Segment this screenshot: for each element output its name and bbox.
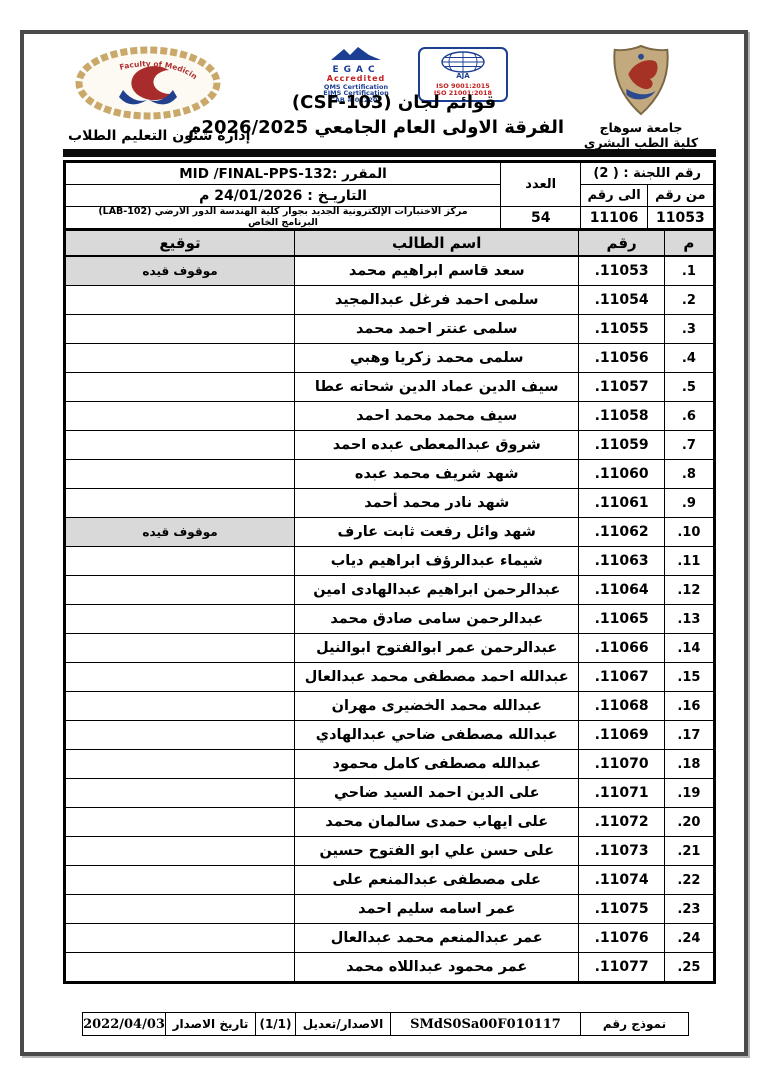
row-signature xyxy=(65,895,295,924)
table-row: 8.11060.شهد شريف محمد عبده xyxy=(65,460,715,489)
table-row: 23.11075.عمر اسامه سليم احمد xyxy=(65,895,715,924)
column-header-number: رقم xyxy=(579,230,664,257)
row-number: 11069. xyxy=(579,721,664,750)
row-signature xyxy=(65,924,295,953)
table-row: 7.11059.شروق عبدالمعطى عبده احمد xyxy=(65,431,715,460)
row-index: 24. xyxy=(664,924,714,953)
row-number: 11057. xyxy=(579,373,664,402)
form-number-label: نموذج رقم xyxy=(581,1013,689,1036)
row-signature xyxy=(65,721,295,750)
row-number: 11064. xyxy=(579,576,664,605)
column-header-signature: توقيع xyxy=(65,230,295,257)
row-number: 11073. xyxy=(579,837,664,866)
row-index: 14. xyxy=(664,634,714,663)
row-index: 5. xyxy=(664,373,714,402)
row-number: 11056. xyxy=(579,344,664,373)
row-index: 25. xyxy=(664,953,714,983)
count-value: 54 xyxy=(501,207,581,230)
row-student-name: سعد قاسم ابراهيم محمد xyxy=(295,256,579,286)
form-footer-table: نموذج رقم SMdS0Sa00F010117 الاصدار/تعديل… xyxy=(82,1012,689,1036)
row-index: 9. xyxy=(664,489,714,518)
column-header-index: م xyxy=(664,230,714,257)
row-student-name: شهد نادر محمد أحمد xyxy=(295,489,579,518)
row-number: 11068. xyxy=(579,692,664,721)
row-signature xyxy=(65,663,295,692)
table-row: 18.11070.عبدالله مصطفى كامل محمود xyxy=(65,750,715,779)
row-number: 11066. xyxy=(579,634,664,663)
from-number-value: 11053 xyxy=(647,207,714,230)
row-signature: موقوف قيده xyxy=(65,256,295,286)
row-student-name: شهد وائل رفعت ثابت عارف xyxy=(295,518,579,547)
row-signature xyxy=(65,692,295,721)
column-header-name: اسم الطالب xyxy=(295,230,579,257)
table-row: 22.11074.على مصطفى عبدالمنعم على xyxy=(65,866,715,895)
row-index: 20. xyxy=(664,808,714,837)
row-signature xyxy=(65,402,295,431)
from-number-label: من رقم xyxy=(647,185,714,207)
row-number: 11054. xyxy=(579,286,664,315)
row-number: 11062. xyxy=(579,518,664,547)
committee-number-label: رقم اللجنة : ( 2) xyxy=(581,162,715,185)
faculty-name: كلية الطب البشرى xyxy=(580,135,702,150)
table-row: 24.11076.عمر عبدالمنعم محمد عبدالعال xyxy=(65,924,715,953)
row-signature xyxy=(65,837,295,866)
row-number: 11067. xyxy=(579,663,664,692)
student-affairs-emblem-icon: Faculty of Medicine xyxy=(73,46,223,122)
row-index: 18. xyxy=(664,750,714,779)
row-number: 11070. xyxy=(579,750,664,779)
row-index: 21. xyxy=(664,837,714,866)
row-signature xyxy=(65,489,295,518)
row-number: 11060. xyxy=(579,460,664,489)
table-row: 3.11055.سلمى عنتر احمد محمد xyxy=(65,315,715,344)
table-row: 10.11062.شهد وائل رفعت ثابت عارفموقوف قي… xyxy=(65,518,715,547)
row-number: 11061. xyxy=(579,489,664,518)
row-number: 11059. xyxy=(579,431,664,460)
row-index: 10. xyxy=(664,518,714,547)
row-student-name: عمر عبدالمنعم محمد عبدالعال xyxy=(295,924,579,953)
row-index: 12. xyxy=(664,576,714,605)
row-signature xyxy=(65,605,295,634)
row-number: 11071. xyxy=(579,779,664,808)
university-name: جامعة سوهاج xyxy=(580,120,702,135)
page-subtitle: الفرقة الاولى العام الجامعي 2026/2025م xyxy=(224,117,564,138)
row-index: 13. xyxy=(664,605,714,634)
document-page: Faculty of Medicine إدارة شئون التعليم ا… xyxy=(20,30,748,1056)
separator-bar xyxy=(63,149,716,157)
exam-location-line2: البرنامج الخاص xyxy=(66,218,500,229)
row-student-name: شهد شريف محمد عبده xyxy=(295,460,579,489)
title-block: قوائم لجان (CSF-103) الفرقة الاولى العام… xyxy=(224,92,564,138)
row-index: 22. xyxy=(664,866,714,895)
table-row: 25.11077.عمر محمود عبداللاه محمد xyxy=(65,953,715,983)
aja-name: AJA xyxy=(456,72,470,79)
row-index: 16. xyxy=(664,692,714,721)
aja-globe-icon: AJA xyxy=(438,51,488,79)
issue-date-label: تاريخ الاصدار xyxy=(166,1013,256,1036)
row-student-name: عمر محمود عبداللاه محمد xyxy=(295,953,579,983)
table-row: 6.11058.سيف محمد محمد احمد xyxy=(65,402,715,431)
row-signature xyxy=(65,547,295,576)
row-signature xyxy=(65,779,295,808)
row-student-name: عبدالله محمد الخضيرى مهران xyxy=(295,692,579,721)
to-number-label: الى رقم xyxy=(581,185,647,207)
row-student-name: على مصطفى عبدالمنعم على xyxy=(295,866,579,895)
row-signature xyxy=(65,460,295,489)
row-student-name: عبدالله احمد مصطفى محمد عبدالعال xyxy=(295,663,579,692)
row-student-name: سلمى محمد زكريا وهبي xyxy=(295,344,579,373)
row-signature xyxy=(65,344,295,373)
row-signature: موقوف قيده xyxy=(65,518,295,547)
university-logo: جامعة سوهاج كلية الطب البشرى xyxy=(580,44,702,150)
row-student-name: عبدالله مصطفى كامل محمود xyxy=(295,750,579,779)
exam-location: مركز الاختبارات الإلكترونية الجديد بجوار… xyxy=(65,207,501,230)
row-number: 11058. xyxy=(579,402,664,431)
table-row: 4.11056.سلمى محمد زكريا وهبي xyxy=(65,344,715,373)
row-index: 4. xyxy=(664,344,714,373)
committee-info-table: رقم اللجنة : ( 2) العدد المقرر :MID /FIN… xyxy=(63,160,716,231)
table-row: 20.11072.على ايهاب حمدى سالمان محمد xyxy=(65,808,715,837)
row-index: 1. xyxy=(664,256,714,286)
row-number: 11063. xyxy=(579,547,664,576)
exam-date: التاريـخ : 24/01/2026 م xyxy=(65,185,501,207)
exam-location-line1: مركز الاختبارات الإلكترونية الجديد بجوار… xyxy=(66,207,500,218)
table-row: 12.11064.عبدالرحمن ابراهيم عبدالهادى امي… xyxy=(65,576,715,605)
row-student-name: شيماء عبدالرؤف ابراهيم دياب xyxy=(295,547,579,576)
row-number: 11055. xyxy=(579,315,664,344)
table-row: 2.11054.سلمى احمد فرغل عبدالمجيد xyxy=(65,286,715,315)
row-student-name: عبدالرحمن سامى صادق محمد xyxy=(295,605,579,634)
row-number: 11076. xyxy=(579,924,664,953)
course-label: المقرر :MID /FINAL-PPS-132 xyxy=(65,162,501,185)
row-index: 8. xyxy=(664,460,714,489)
row-signature xyxy=(65,750,295,779)
table-row: 21.11073.على حسن علي ابو الفتوح حسين xyxy=(65,837,715,866)
row-index: 19. xyxy=(664,779,714,808)
row-index: 17. xyxy=(664,721,714,750)
egac-mountain-icon xyxy=(329,46,383,61)
table-row: 13.11065.عبدالرحمن سامى صادق محمد xyxy=(65,605,715,634)
row-student-name: عبدالرحمن عمر ابوالفتوح ابوالنيل xyxy=(295,634,579,663)
row-index: 7. xyxy=(664,431,714,460)
to-number-value: 11106 xyxy=(581,207,647,230)
students-tbody: 1.11053.سعد قاسم ابراهيم محمدموقوف قيده2… xyxy=(65,256,715,983)
row-signature xyxy=(65,431,295,460)
page-title: قوائم لجان (CSF-103) xyxy=(224,92,564,113)
students-header-row: م رقم اسم الطالب توقيع xyxy=(65,230,715,257)
count-label: العدد xyxy=(501,162,581,207)
row-student-name: سيف الدين عماد الدين شحاته عطا xyxy=(295,373,579,402)
students-table: م رقم اسم الطالب توقيع 1.11053.سعد قاسم … xyxy=(63,228,716,984)
row-index: 2. xyxy=(664,286,714,315)
row-index: 15. xyxy=(664,663,714,692)
issue-revision-label: الاصدار/تعديل xyxy=(296,1013,391,1036)
row-index: 6. xyxy=(664,402,714,431)
row-student-name: سلمى عنتر احمد محمد xyxy=(295,315,579,344)
table-row: 16.11068.عبدالله محمد الخضيرى مهران xyxy=(65,692,715,721)
row-student-name: على ايهاب حمدى سالمان محمد xyxy=(295,808,579,837)
row-signature xyxy=(65,576,295,605)
issue-revision-value: (1/1) xyxy=(256,1013,296,1036)
row-student-name: سيف محمد محمد احمد xyxy=(295,402,579,431)
row-student-name: عبدالرحمن ابراهيم عبدالهادى امين xyxy=(295,576,579,605)
table-row: 17.11069.عبدالله مصطفى ضاحي عبدالهادي xyxy=(65,721,715,750)
row-index: 11. xyxy=(664,547,714,576)
row-student-name: على حسن علي ابو الفتوح حسين xyxy=(295,837,579,866)
row-signature xyxy=(65,373,295,402)
table-row: 15.11067.عبدالله احمد مصطفى محمد عبدالعا… xyxy=(65,663,715,692)
row-signature xyxy=(65,866,295,895)
table-row: 1.11053.سعد قاسم ابراهيم محمدموقوف قيده xyxy=(65,256,715,286)
row-number: 11077. xyxy=(579,953,664,983)
row-index: 23. xyxy=(664,895,714,924)
row-number: 11072. xyxy=(579,808,664,837)
row-signature xyxy=(65,315,295,344)
row-number: 11074. xyxy=(579,866,664,895)
row-index: 3. xyxy=(664,315,714,344)
row-number: 11053. xyxy=(579,256,664,286)
row-number: 11075. xyxy=(579,895,664,924)
table-row: 19.11071.على الدين احمد السيد ضاحي xyxy=(65,779,715,808)
row-student-name: سلمى احمد فرغل عبدالمجيد xyxy=(295,286,579,315)
row-student-name: عبدالله مصطفى ضاحي عبدالهادي xyxy=(295,721,579,750)
row-student-name: على الدين احمد السيد ضاحي xyxy=(295,779,579,808)
row-student-name: شروق عبدالمعطى عبده احمد xyxy=(295,431,579,460)
table-row: 11.11063.شيماء عبدالرؤف ابراهيم دياب xyxy=(65,547,715,576)
row-signature xyxy=(65,286,295,315)
row-signature xyxy=(65,634,295,663)
row-signature xyxy=(65,953,295,983)
table-row: 14.11066.عبدالرحمن عمر ابوالفتوح ابوالني… xyxy=(65,634,715,663)
sohag-university-shield-icon xyxy=(610,44,672,116)
table-row: 5.11057.سيف الدين عماد الدين شحاته عطا xyxy=(65,373,715,402)
row-number: 11065. xyxy=(579,605,664,634)
row-signature xyxy=(65,808,295,837)
table-row: 9.11061.شهد نادر محمد أحمد xyxy=(65,489,715,518)
issue-date-value: 2022/04/03 xyxy=(83,1013,166,1036)
form-number-value: SMdS0Sa00F010117 xyxy=(391,1013,581,1036)
row-student-name: عمر اسامه سليم احمد xyxy=(295,895,579,924)
